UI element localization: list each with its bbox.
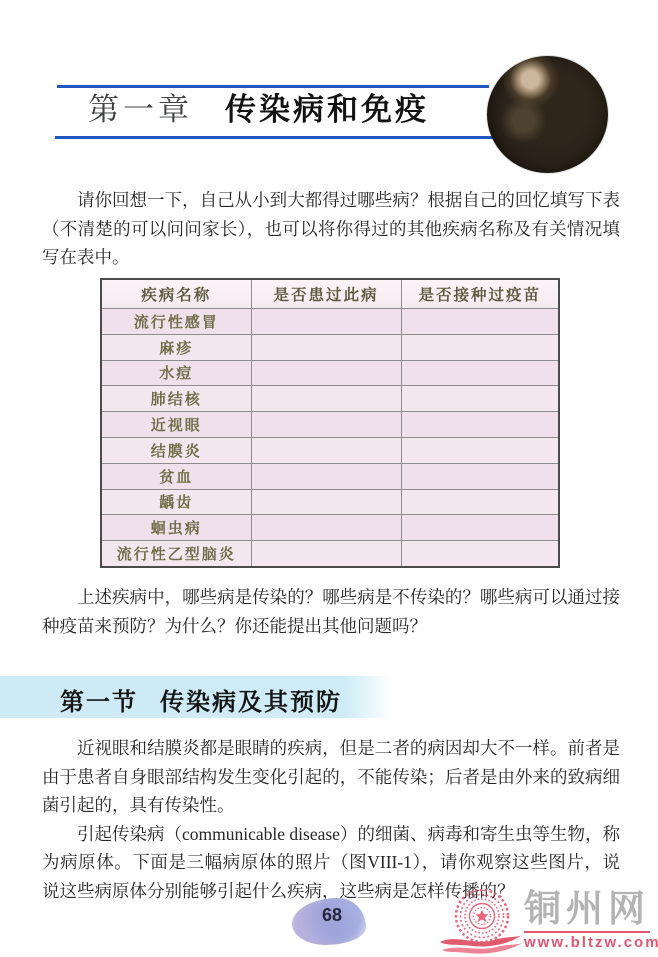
table-row: 水痘 — [101, 360, 559, 386]
fill-in-cell — [401, 437, 559, 463]
fill-in-cell — [251, 334, 401, 360]
disease-name-cell: 流行性乙型脑炎 — [101, 541, 251, 567]
table-row: 肺结核 — [101, 386, 559, 412]
table-row: 近视眼 — [101, 412, 559, 438]
table-row: 流行性乙型脑炎 — [101, 541, 559, 567]
body-paragraph-1: 近视眼和结膜炎都是眼睛的疾病，但是二者的病因却大不一样。前者是由于患者自身眼部结… — [42, 734, 620, 820]
column-header-had-disease: 是否患过此病 — [251, 279, 401, 309]
fill-in-cell — [401, 360, 559, 386]
fill-in-cell — [251, 541, 401, 567]
section-label: 第一节 — [60, 689, 138, 716]
watermark-site-name: 铜州网 — [524, 889, 658, 929]
table-row: 龋齿 — [101, 489, 559, 515]
fill-in-cell — [251, 360, 401, 386]
watermark-site-url: www.bltzw.com — [524, 934, 658, 951]
fill-in-cell — [251, 515, 401, 541]
chapter-rule-top — [57, 85, 489, 88]
fill-in-cell — [401, 334, 559, 360]
page-number: 68 — [308, 905, 356, 926]
table-row: 蛔虫病 — [101, 515, 559, 541]
site-watermark: 铜州网 www.bltzw.com — [438, 888, 658, 957]
chapter-label: 第一章 — [88, 92, 193, 127]
animal-photo — [487, 56, 608, 173]
column-header-disease-name: 疾病名称 — [101, 279, 251, 309]
column-header-vaccinated: 是否接种过疫苗 — [401, 279, 559, 309]
body-text: 近视眼和结膜炎都是眼睛的疾病，但是二者的病因却大不一样。前者是由于患者自身眼部结… — [42, 734, 620, 905]
disease-name-cell: 结膜炎 — [101, 437, 251, 463]
disease-name-cell: 近视眼 — [101, 412, 251, 438]
textbook-page: 第一章传染病和免疫 请你回想一下，自己从小到大都得过哪些病？根据自己的回忆填写下… — [0, 0, 658, 957]
disease-name-cell: 流行性感冒 — [101, 309, 251, 335]
fill-in-cell — [401, 309, 559, 335]
fill-in-cell — [401, 412, 559, 438]
fill-in-cell — [251, 437, 401, 463]
fill-in-cell — [251, 489, 401, 515]
chapter-rule-bottom — [55, 136, 503, 139]
watermark-divider — [524, 931, 650, 933]
fill-in-cell — [251, 412, 401, 438]
fill-in-cell — [401, 386, 559, 412]
disease-name-cell: 贫血 — [101, 463, 251, 489]
disease-name-cell: 蛔虫病 — [101, 515, 251, 541]
table-row: 结膜炎 — [101, 437, 559, 463]
table-row: 贫血 — [101, 463, 559, 489]
disease-name-cell: 肺结核 — [101, 386, 251, 412]
fill-in-cell — [401, 541, 559, 567]
intro-paragraph: 请你回想一下，自己从小到大都得过哪些病？根据自己的回忆填写下表（不清楚的可以问问… — [42, 186, 620, 272]
chapter-name: 传染病和免疫 — [225, 92, 429, 127]
section-name: 传染病及其预防 — [160, 689, 342, 716]
fill-in-cell — [401, 489, 559, 515]
fill-in-cell — [251, 463, 401, 489]
fill-in-cell — [401, 463, 559, 489]
disease-table: 疾病名称 是否患过此病 是否接种过疫苗 流行性感冒 麻疹 水痘 肺结核 近视眼 … — [100, 278, 560, 568]
fill-in-cell — [401, 515, 559, 541]
table-header-row: 疾病名称 是否患过此病 是否接种过疫苗 — [101, 279, 559, 309]
table-row: 麻疹 — [101, 334, 559, 360]
disease-name-cell: 麻疹 — [101, 334, 251, 360]
fill-in-cell — [251, 309, 401, 335]
table-row: 流行性感冒 — [101, 309, 559, 335]
fill-in-cell — [251, 386, 401, 412]
watermark-mandala-logo-icon — [438, 888, 524, 957]
watermark-text: 铜州网 www.bltzw.com — [524, 888, 658, 951]
chapter-title: 第一章传染病和免疫 — [88, 90, 488, 130]
question-paragraph: 上述疾病中，哪些病是传染的？哪些病是不传染的？哪些病可以通过接种疫苗来预防？为什… — [42, 583, 620, 640]
disease-name-cell: 龋齿 — [101, 489, 251, 515]
disease-name-cell: 水痘 — [101, 360, 251, 386]
section-heading: 第一节传染病及其预防 — [60, 682, 342, 717]
